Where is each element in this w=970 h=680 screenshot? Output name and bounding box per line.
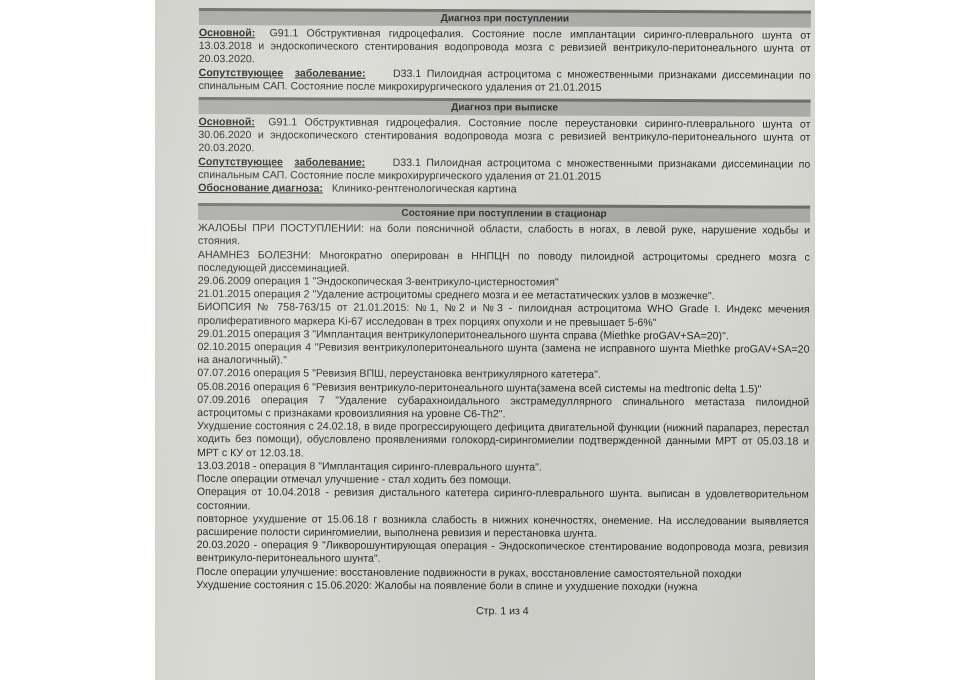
anamnesis-paragraph: Ухудшение состояния с 15.06.2020: Жалобы… xyxy=(196,579,808,595)
admission-main-diagnosis: Основной: G91.1 Обструктивная гидроцефал… xyxy=(199,27,811,69)
justification-label: Обоснование диагноза: xyxy=(198,182,323,195)
concomitant-label-part2: заболевание: xyxy=(295,67,366,79)
anamnesis-paragraph: ЖАЛОБЫ ПРИ ПОСТУПЛЕНИИ: на боли поясничн… xyxy=(198,222,810,251)
document-photo: Диагноз при поступлении Основной: G91.1 … xyxy=(155,0,815,680)
discharge-main-diagnosis: Основной: G91.1 Обструктивная гидроцефал… xyxy=(198,116,810,158)
section-header-admission-state: Состояние при поступлении в стационар xyxy=(198,203,810,223)
anamnesis-paragraph: Операция от 10.04.2018 - ревизия дисталь… xyxy=(197,486,809,515)
anamnesis-paragraph: Ухудшение состояния с 24.02.18, в виде п… xyxy=(197,420,809,462)
justification-text: Клинико-рентгенологическая картина xyxy=(332,183,517,196)
concomitant-text: D33.1 Пилоидная астроцитома с множествен… xyxy=(199,67,811,93)
medical-record-page: Диагноз при поступлении Основной: G91.1 … xyxy=(196,0,811,620)
anamnesis-paragraph: БИОПСИЯ № 758-763/15 от 21.01.2015: №1, … xyxy=(198,301,810,330)
anamnesis-paragraph: 07.09.2016 операция 7 "Удаление субарахн… xyxy=(197,394,809,423)
anamnesis-paragraph: АНАМНЕЗ БОЛЕЗНИ: Многократно оперирован … xyxy=(198,249,810,278)
anamnesis-paragraph: повторное ухудшение от 15.06.18 г возник… xyxy=(197,513,809,542)
section-header-discharge-diagnosis: Диагноз при выписке xyxy=(199,97,811,117)
concomitant-text: D33.1 Пилоидная астроцитома с множествен… xyxy=(198,156,810,182)
anamnesis-paragraph: 02.10.2015 операция 4 "Ревизия вентрикул… xyxy=(197,341,809,370)
main-diagnosis-text: G91.1 Обструктивная гидроцефалия. Состоя… xyxy=(198,116,810,154)
main-diagnosis-label: Основной: xyxy=(198,116,254,128)
admission-state-body: ЖАЛОБЫ ПРИ ПОСТУПЛЕНИИ: на боли поясничн… xyxy=(196,222,810,594)
section-header-admission-diagnosis: Диагноз при поступлении xyxy=(199,8,811,28)
page-number: Стр. 1 из 4 xyxy=(196,604,808,620)
admission-concomitant-disease: Сопутствующее заболевание: D33.1 Пилоидн… xyxy=(199,67,811,96)
discharge-concomitant-disease: Сопутствующее заболевание: D33.1 Пилоидн… xyxy=(198,156,810,185)
diagnosis-justification: Обоснование диагноза: Клинико-рентгеноло… xyxy=(198,182,810,198)
anamnesis-paragraph: 20.03.2020 - операция 9 "Ликворошунтирую… xyxy=(197,539,809,568)
concomitant-label-part1: Сопутствующее xyxy=(199,67,284,79)
main-diagnosis-label: Основной: xyxy=(199,27,255,39)
concomitant-label-part1: Сопутствующее xyxy=(198,156,283,168)
concomitant-label-part2: заболевание: xyxy=(294,156,365,168)
main-diagnosis-text: G91.1 Обструктивная гидроцефалия. Состоя… xyxy=(199,27,811,65)
